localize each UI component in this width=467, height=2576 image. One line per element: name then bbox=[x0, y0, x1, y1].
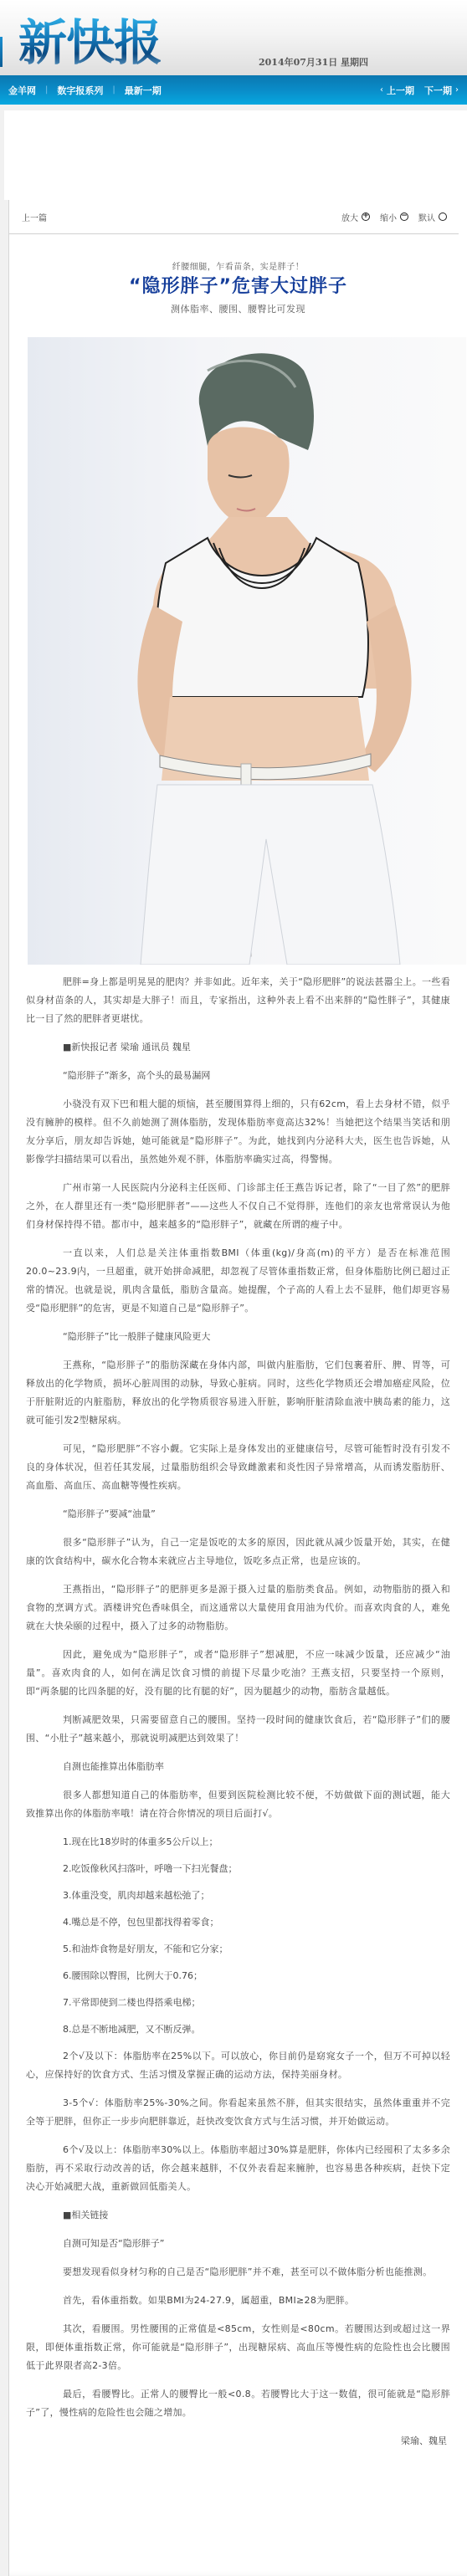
issue-date: 2014年07月31日 星期四 bbox=[259, 55, 368, 69]
nav-link-latest-issue[interactable]: 最新一期 bbox=[125, 84, 162, 97]
prev-article-link[interactable]: 上一篇 bbox=[22, 211, 47, 223]
article-paragraph: 一直以来，人们总是关注体重指数BMI（体重(kg)/身高(m)的平方）是否在标准… bbox=[26, 1244, 450, 1318]
article-photo bbox=[28, 337, 466, 965]
article-paragraph: 王燕指出，“隐形胖子”的肥胖更多是源于摄入过量的脂肪类食品。例如，动物脂肪的摄入… bbox=[26, 1580, 450, 1636]
article-paragraph: 首先，看体重指数。如果BMI为24-27.9，属超重，BMI≥28为肥胖。 bbox=[26, 2292, 450, 2310]
article-paragraph: 很多“隐形胖子”认为，自己一定是饭吃的太多的原因，因此就从减少饭量开始，其实，在… bbox=[26, 1534, 450, 1570]
nav-separator: | bbox=[112, 85, 115, 95]
nav-link-newspaper-series[interactable]: 数字报系列 bbox=[57, 84, 103, 97]
article-body: 肥胖=身上都是明晃晃的肥肉？并非如此。近年来，关于“隐形肥胖”的说法甚嚣尘上。一… bbox=[9, 965, 467, 2422]
section-subheading: “隐形胖子”渐多，高个头的最易漏网 bbox=[26, 1067, 450, 1085]
article-titles: 纤腰细腿，乍看苗条，实是胖子！ “隐形胖子”危害大过胖子 测体脂率、腰围、腰臀比… bbox=[9, 234, 467, 315]
article-paragraph: 6个√及以上：体脂肪率30%以上。体脂肪率超过30%算是肥胖，你体内已经囤积了太… bbox=[26, 2141, 450, 2196]
minus-circle-icon: − bbox=[400, 213, 408, 221]
site-logo[interactable]: 新快报 bbox=[18, 15, 162, 70]
quiz-item: 6.腰围除以臀围，比例大于0.76； bbox=[26, 1967, 450, 1985]
article-paragraph: 小骁没有双下巴和粗大腿的烦恼，甚至腰围算得上细的，只有62cm，看上去身材不错，… bbox=[26, 1095, 450, 1169]
article-paragraph: 可见，“隐形肥胖”不容小觑。它实际上是身体发出的亚健康信号，尽管可能暂时没有引发… bbox=[26, 1440, 450, 1495]
next-issue-link[interactable]: 下一期 bbox=[424, 84, 452, 97]
zoom-in-button[interactable]: 放大 + bbox=[341, 211, 370, 223]
circle-icon bbox=[439, 213, 447, 221]
spacer bbox=[0, 105, 467, 110]
nav-bar: 金羊网 | 数字报系列 | 最新一期 ‹ 上一期 下一期 › bbox=[0, 75, 467, 105]
prev-issue-link[interactable]: 上一期 bbox=[387, 84, 414, 97]
article-subtitle: 测体脂率、腰围、腰臀比可发现 bbox=[9, 302, 467, 315]
plus-circle-icon: + bbox=[362, 213, 370, 221]
chevron-left-icon: ‹ bbox=[380, 85, 383, 95]
article-paragraph: 广州市第一人民医院内分泌科主任医师、门诊部主任王燕告诉记者，除了“一目了然”的肥… bbox=[26, 1179, 450, 1234]
nav-right: ‹ 上一期 下一期 › bbox=[380, 84, 459, 97]
blank-banner-area bbox=[4, 110, 467, 200]
section-subheading: ■相关链接 bbox=[26, 2206, 450, 2225]
woman-measuring-waist-illustration bbox=[28, 337, 466, 965]
article-paragraph: 王燕称，“隐形胖子”的脂肪深藏在身体内部，叫做内脏脂肪，它们包裹着肝、脾、胃等，… bbox=[26, 1356, 450, 1430]
quiz-item: 7.平常即使到二楼也得搭乘电梯； bbox=[26, 1994, 450, 2012]
quiz-item: 4.嘴总是不停，包包里都找得着零食； bbox=[26, 1913, 450, 1932]
reset-zoom-label: 默认 bbox=[418, 211, 435, 223]
article-paragraph: 要想发现看似身材匀称的自己是否“隐形肥胖”并不难，甚至可以不做体脂分析也能推测。 bbox=[26, 2263, 450, 2282]
section-subheading: “隐形胖子”要减“油量” bbox=[26, 1505, 450, 1524]
nav-link-jinyang[interactable]: 金羊网 bbox=[8, 84, 36, 97]
zoom-in-label: 放大 bbox=[341, 211, 358, 223]
quiz-item: 2.吃饭像秋风扫落叶，呼噜一下扫光餐盘； bbox=[26, 1860, 450, 1878]
quiz-item: 3.体重没变，肌肉却越来越松弛了； bbox=[26, 1887, 450, 1905]
article-headline: “隐形胖子”危害大过胖子 bbox=[9, 275, 467, 299]
logo-edge-decoration bbox=[0, 37, 3, 67]
zoom-out-button[interactable]: 缩小 − bbox=[380, 211, 408, 223]
article-paragraph: 肥胖=身上都是明晃晃的肥肉？并非如此。近年来，关于“隐形肥胖”的说法甚嚣尘上。一… bbox=[26, 973, 450, 1028]
article-paragraph: 3-5个√：体脂肪率25%-30%之间。你看起来虽然不胖，但其实很结实，虽然体重… bbox=[26, 2094, 450, 2131]
quiz-item: 1.现在比18岁时的体重多5公斤以上； bbox=[26, 1833, 450, 1851]
reset-zoom-button[interactable]: 默认 bbox=[418, 211, 447, 223]
site-header: 新快报 2014年07月31日 星期四 bbox=[0, 0, 467, 75]
font-size-tools: 放大 + 缩小 − 默认 bbox=[341, 211, 447, 223]
section-subheading: “隐形胖子”比一般胖子健康风险更大 bbox=[26, 1328, 450, 1346]
article-toolbar: 上一篇 放大 + 缩小 − 默认 bbox=[9, 200, 459, 234]
quiz-item: 8.总是不断地减肥，又不断反弹。 bbox=[26, 2020, 450, 2039]
zoom-out-label: 缩小 bbox=[380, 211, 397, 223]
article-paragraph: 判断减肥效果，只需要留意自己的腰围。坚持一段时间的健康饮食后，若“隐形胖子”们的… bbox=[26, 1711, 450, 1748]
article-paragraph: 其次，看腰围。男性腰围的正常值是<85cm，女性则是<80cm。若腰围达到或超过… bbox=[26, 2320, 450, 2375]
section-subheading: 自测可知是否“隐形胖子” bbox=[26, 2235, 450, 2253]
article-byline: 梁瑜、魏星 bbox=[9, 2434, 467, 2447]
article-paragraph: 2个√及以下：体脂肪率在25%以下。可以放心，你目前仍是窈窕女子一个，但万不可掉… bbox=[26, 2047, 450, 2084]
article-paragraph: 很多人都想知道自己的体脂肪率，但要到医院检测比较不便，不妨做做下面的测试题，能大… bbox=[26, 1786, 450, 1823]
nav-left: 金羊网 | 数字报系列 | 最新一期 bbox=[8, 84, 162, 97]
nav-separator: | bbox=[45, 85, 48, 95]
section-subheading: ■新快报记者 梁瑜 通讯员 魏星 bbox=[26, 1038, 450, 1057]
article-paragraph: 因此，避免成为“隐形胖子”，或者“隐形胖子”想减肥，不应一味减少饭量，还应减少“… bbox=[26, 1646, 450, 1701]
quiz-item: 5.和油炸食物是好朋友，不能和它分家； bbox=[26, 1940, 450, 1959]
article-paragraph: 最后，看腰臀比。正常人的腰臀比一般<0.8。若腰臀比大于这一数值，很可能就是“隐… bbox=[26, 2385, 450, 2422]
section-subheading: 自测也能推算出体脂肪率 bbox=[26, 1758, 450, 1776]
chevron-right-icon: › bbox=[455, 85, 459, 95]
article-panel: 上一篇 放大 + 缩小 − 默认 纤腰细腿，乍看苗条，实是胖子！ “隐形胖子”危… bbox=[8, 200, 467, 2576]
article-kicker: 纤腰细腿，乍看苗条，实是胖子！ bbox=[9, 259, 467, 272]
